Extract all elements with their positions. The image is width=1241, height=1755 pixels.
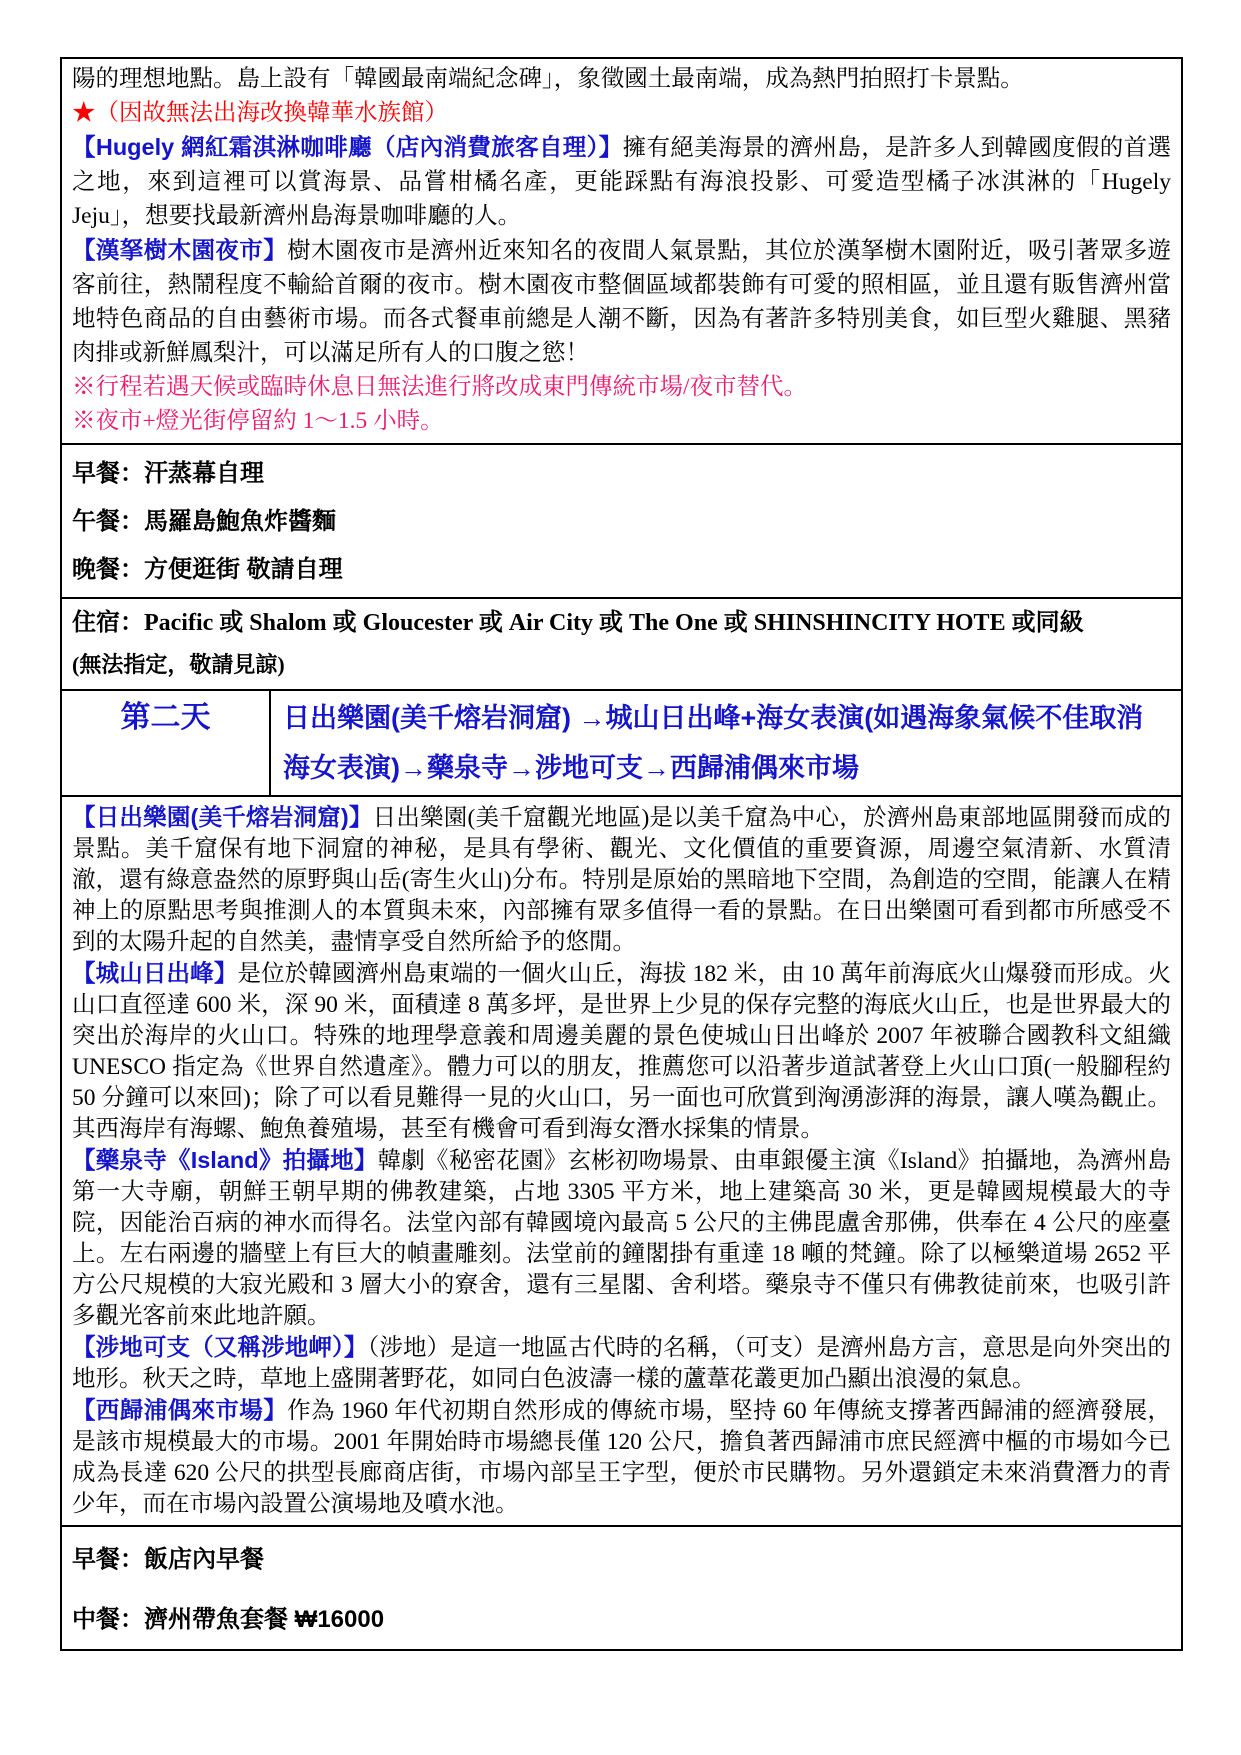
section-title: 【涉地可支（又稱涉地岬）】 [72, 1334, 367, 1360]
day1-intro-text: 陽的理想地點。島上設有「韓國最南端紀念碑」，象徵國土最南端，成為熱門拍照打卡景點… [72, 66, 1024, 92]
day2-itinerary-text: 日出樂園(美千熔岩洞窟) →城山日出峰+海女表演(如遇海象氣候不佳取消海女表演)… [283, 703, 1143, 783]
day1-weather-note: ※行程若遇天候或臨時休息日無法進行將改成東門傳統市場/夜市替代。 [72, 370, 1171, 404]
note-text: ※夜市+燈光街停留約 1～1.5 小時。 [72, 408, 444, 434]
day1-hotel-row: 住宿：Pacific 或 Shalom 或 Gloucester 或 Air C… [61, 598, 1182, 690]
section-title: 【城山日出峰】 [72, 960, 237, 986]
day2-itinerary-cell: 日出樂園(美千熔岩洞窟) →城山日出峰+海女表演(如遇海象氣候不佳取消海女表演)… [270, 690, 1182, 796]
day2-section-seopjikoji: 【涉地可支（又稱涉地岬）】（涉地）是這一地區古代時的名稱，（可支）是濟州島方言，… [72, 1332, 1171, 1395]
hotel-disclaimer-text: (無法指定，敬請見諒) [72, 652, 285, 677]
day1-breakfast: 早餐：汗蒸幕自理 [72, 457, 1171, 491]
day2-breakfast: 早餐：飯店內早餐 [72, 1543, 1171, 1577]
star-note-text: （因故無法出海改換韓華水族館） [96, 100, 449, 126]
section-title: 【Hugely 網紅霜淇淋咖啡廳（店內消費旅客自理）】 [72, 134, 623, 160]
day1-star-note-paragraph: ★（因故無法出海改換韓華水族館） [72, 96, 1171, 130]
day1-dinner: 晚餐：方便逛街 敬請自理 [72, 553, 1171, 587]
section-title: 【西歸浦偶來市場】 [72, 1397, 287, 1423]
day2-section-olle-market: 【西歸浦偶來市場】作為 1960 年代初期自然形成的傳統市場，堅持 60 年傳統… [72, 1395, 1171, 1520]
hotel-options-line: 住宿：Pacific 或 Shalom 或 Gloucester 或 Air C… [72, 605, 1171, 641]
section-title: 【漢拏樹木園夜市】 [72, 237, 287, 263]
meal-text: 早餐：汗蒸幕自理 [72, 460, 264, 487]
section-body: 是位於韓國濟州島東端的一個火山丘，海拔 182 米，由 10 萬年前海底火山爆發… [72, 961, 1171, 1142]
day1-description-cell: 陽的理想地點。島上設有「韓國最南端紀念碑」，象徵國土最南端，成為熱門拍照打卡景點… [61, 58, 1182, 444]
day2-description-cell: 【日出樂園(美千熔岩洞窟)】日出樂園(美千窟觀光地區)是以美千窟為中心，於濟州島… [61, 796, 1182, 1526]
star-icon: ★ [72, 100, 96, 126]
day2-meals-row: 早餐：飯店內早餐 中餐：濟州帶魚套餐 ₩16000 [61, 1526, 1182, 1650]
day1-lunch: 午餐：馬羅島鮑魚炸醬麵 [72, 505, 1171, 539]
day1-hotel-cell: 住宿：Pacific 或 Shalom 或 Gloucester 或 Air C… [61, 598, 1182, 690]
section-body: 韓劇《秘密花園》玄彬初吻場景、由車銀優主演《Island》拍攝地，為濟州島第一大… [72, 1148, 1171, 1329]
hotel-disclaimer-line: (無法指定，敬請見諒) [72, 649, 1171, 681]
section-title: 【日出樂園(美千熔岩洞窟)】 [72, 804, 373, 830]
day2-lunch: 中餐：濟州帶魚套餐 ₩16000 [72, 1603, 1171, 1637]
day1-meals-cell: 早餐：汗蒸幕自理 午餐：馬羅島鮑魚炸醬麵 晚餐：方便逛街 敬請自理 [61, 444, 1182, 598]
day1-meals-row: 早餐：汗蒸幕自理 午餐：馬羅島鮑魚炸醬麵 晚餐：方便逛街 敬請自理 [61, 444, 1182, 598]
day2-label: 第二天 [121, 701, 211, 734]
day2-section-sunrise-park: 【日出樂園(美千熔岩洞窟)】日出樂園(美千窟觀光地區)是以美千窟為中心，於濟州島… [72, 802, 1171, 958]
section-title: 【藥泉寺《Island》拍攝地】 [72, 1147, 378, 1173]
day1-section-hugely-cafe: 【Hugely 網紅霜淇淋咖啡廳（店內消費旅客自理）】擁有絕美海景的濟州島，是許… [72, 130, 1171, 233]
day1-section-night-market: 【漢拏樹木園夜市】樹木園夜市是濟州近來知名的夜間人氣景點，其位於漢拏樹木園附近，… [72, 233, 1171, 370]
day2-section-yakcheonsa-temple: 【藥泉寺《Island》拍攝地】韓劇《秘密花園》玄彬初吻場景、由車銀優主演《Is… [72, 1145, 1171, 1332]
hotel-options-text: 住宿：Pacific 或 Shalom 或 Gloucester 或 Air C… [72, 610, 1084, 636]
day2-meals-cell: 早餐：飯店內早餐 中餐：濟州帶魚套餐 ₩16000 [61, 1526, 1182, 1650]
day1-description-row: 陽的理想地點。島上設有「韓國最南端紀念碑」，象徵國土最南端，成為熱門拍照打卡景點… [61, 58, 1182, 444]
note-text: ※行程若遇天候或臨時休息日無法進行將改成東門傳統市場/夜市替代。 [72, 374, 807, 400]
meal-text: 中餐：濟州帶魚套餐 ₩16000 [72, 1606, 384, 1633]
meal-text: 晚餐：方便逛街 敬請自理 [72, 556, 343, 583]
day2-description-row: 【日出樂園(美千熔岩洞窟)】日出樂園(美千窟觀光地區)是以美千窟為中心，於濟州島… [61, 796, 1182, 1526]
day1-duration-note: ※夜市+燈光街停留約 1～1.5 小時。 [72, 404, 1171, 438]
day1-intro-paragraph: 陽的理想地點。島上設有「韓國最南端紀念碑」，象徵國土最南端，成為熱門拍照打卡景點… [72, 62, 1171, 96]
meal-text: 午餐：馬羅島鮑魚炸醬麵 [72, 508, 336, 535]
itinerary-table: 陽的理想地點。島上設有「韓國最南端紀念碑」，象徵國土最南端，成為熱門拍照打卡景點… [60, 57, 1183, 1651]
itinerary-page: 陽的理想地點。島上設有「韓國最南端紀念碑」，象徵國土最南端，成為熱門拍照打卡景點… [0, 0, 1241, 1755]
day2-section-seongsan-peak: 【城山日出峰】是位於韓國濟州島東端的一個火山丘，海拔 182 米，由 10 萬年… [72, 958, 1171, 1145]
day2-label-cell: 第二天 [61, 690, 270, 796]
day2-header-row: 第二天 日出樂園(美千熔岩洞窟) →城山日出峰+海女表演(如遇海象氣候不佳取消海… [61, 690, 1182, 796]
meal-text: 早餐：飯店內早餐 [72, 1546, 264, 1573]
